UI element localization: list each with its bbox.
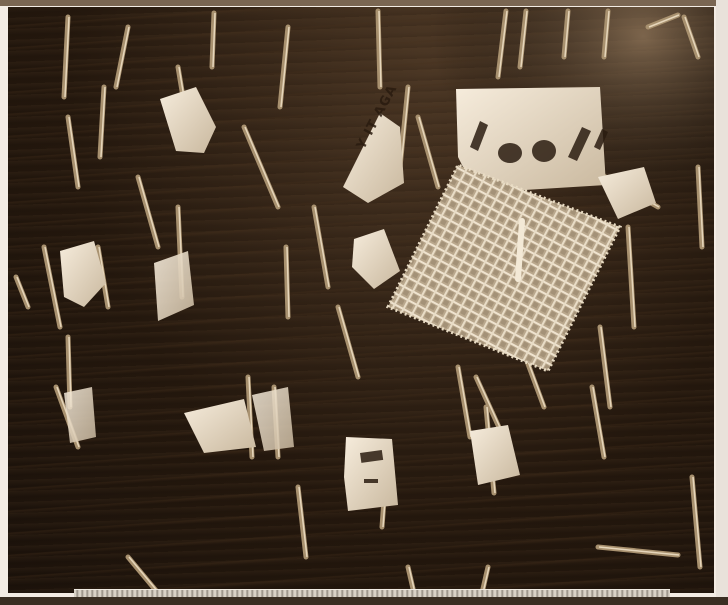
mount-bottom-edge: [0, 597, 728, 605]
mount-right-edge: [716, 0, 728, 605]
scene-illustration: [8, 7, 714, 593]
mount-top-edge: [0, 0, 728, 6]
photographic-print: Y IT AGA: [8, 7, 714, 593]
